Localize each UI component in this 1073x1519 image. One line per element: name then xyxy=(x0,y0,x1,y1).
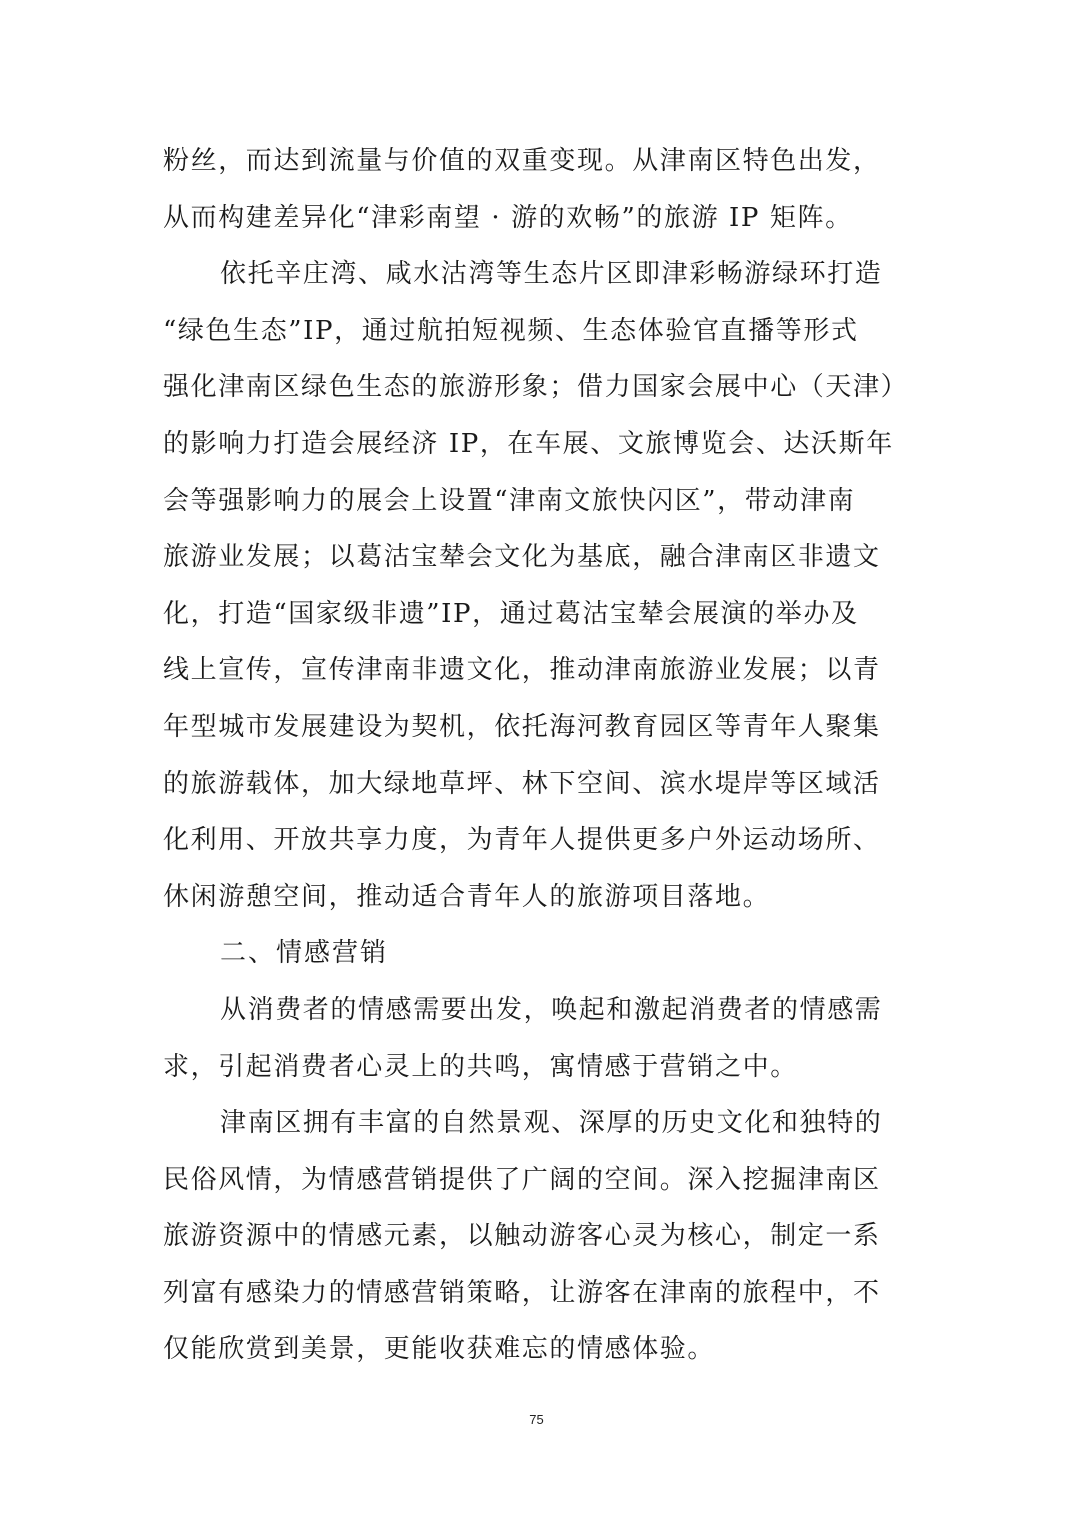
paragraph-2-line-2: “绿色生态”IP，通过航拍短视频、生态体验官直播等形式 xyxy=(163,303,913,360)
paragraph-4-line-5: 仅能欣赏到美景，更能收获难忘的情感体验。 xyxy=(163,1321,913,1378)
paragraph-2-line-6: 旅游业发展；以葛沽宝辇会文化为基底，融合津南区非遗文 xyxy=(163,529,913,586)
paragraph-4-line-2: 民俗风情，为情感营销提供了广阔的空间。深入挖掘津南区 xyxy=(163,1152,913,1209)
paragraph-3-line-1: 从消费者的情感需要出发，唤起和激起消费者的情感需 xyxy=(163,982,913,1039)
page-number: 75 xyxy=(0,1412,1073,1427)
paragraph-2-line-4: 的影响力打造会展经济 IP，在车展、文旅博览会、达沃斯年 xyxy=(163,416,913,473)
document-page: 粉丝，而达到流量与价值的双重变现。从津南区特色出发， 从而构建差异化“津彩南望 … xyxy=(0,0,1073,1519)
paragraph-2-line-8: 线上宣传，宣传津南非遗文化，推动津南旅游业发展；以青 xyxy=(163,642,913,699)
paragraph-4-line-4: 列富有感染力的情感营销策略，让游客在津南的旅程中，不 xyxy=(163,1265,913,1322)
body-text: 粉丝，而达到流量与价值的双重变现。从津南区特色出发， 从而构建差异化“津彩南望 … xyxy=(163,133,913,1378)
paragraph-2-line-1: 依托辛庄湾、咸水沽湾等生态片区即津彩畅游绿环打造 xyxy=(163,246,913,303)
paragraph-1-line-1: 粉丝，而达到流量与价值的双重变现。从津南区特色出发， xyxy=(163,133,913,190)
paragraph-2-line-10: 的旅游载体，加大绿地草坪、林下空间、滨水堤岸等区域活 xyxy=(163,756,913,813)
paragraph-2-line-11: 化利用、开放共享力度，为青年人提供更多户外运动场所、 xyxy=(163,812,913,869)
paragraph-2-line-5: 会等强影响力的展会上设置“津南文旅快闪区”，带动津南 xyxy=(163,473,913,530)
paragraph-2-line-3: 强化津南区绿色生态的旅游形象；借力国家会展中心（天津） xyxy=(163,359,913,416)
paragraph-2-line-12: 休闲游憩空间，推动适合青年人的旅游项目落地。 xyxy=(163,869,913,926)
paragraph-2-line-9: 年型城市发展建设为契机，依托海河教育园区等青年人聚集 xyxy=(163,699,913,756)
paragraph-2-line-7: 化，打造“国家级非遗”IP，通过葛沽宝辇会展演的举办及 xyxy=(163,586,913,643)
paragraph-4-line-1: 津南区拥有丰富的自然景观、深厚的历史文化和独特的 xyxy=(163,1095,913,1152)
paragraph-3-line-2: 求，引起消费者心灵上的共鸣，寓情感于营销之中。 xyxy=(163,1039,913,1096)
paragraph-1-line-2: 从而构建差异化“津彩南望 · 游的欢畅”的旅游 IP 矩阵。 xyxy=(163,190,913,247)
paragraph-4-line-3: 旅游资源中的情感元素，以触动游客心灵为核心，制定一系 xyxy=(163,1208,913,1265)
section-heading: 二、情感营销 xyxy=(163,925,913,982)
